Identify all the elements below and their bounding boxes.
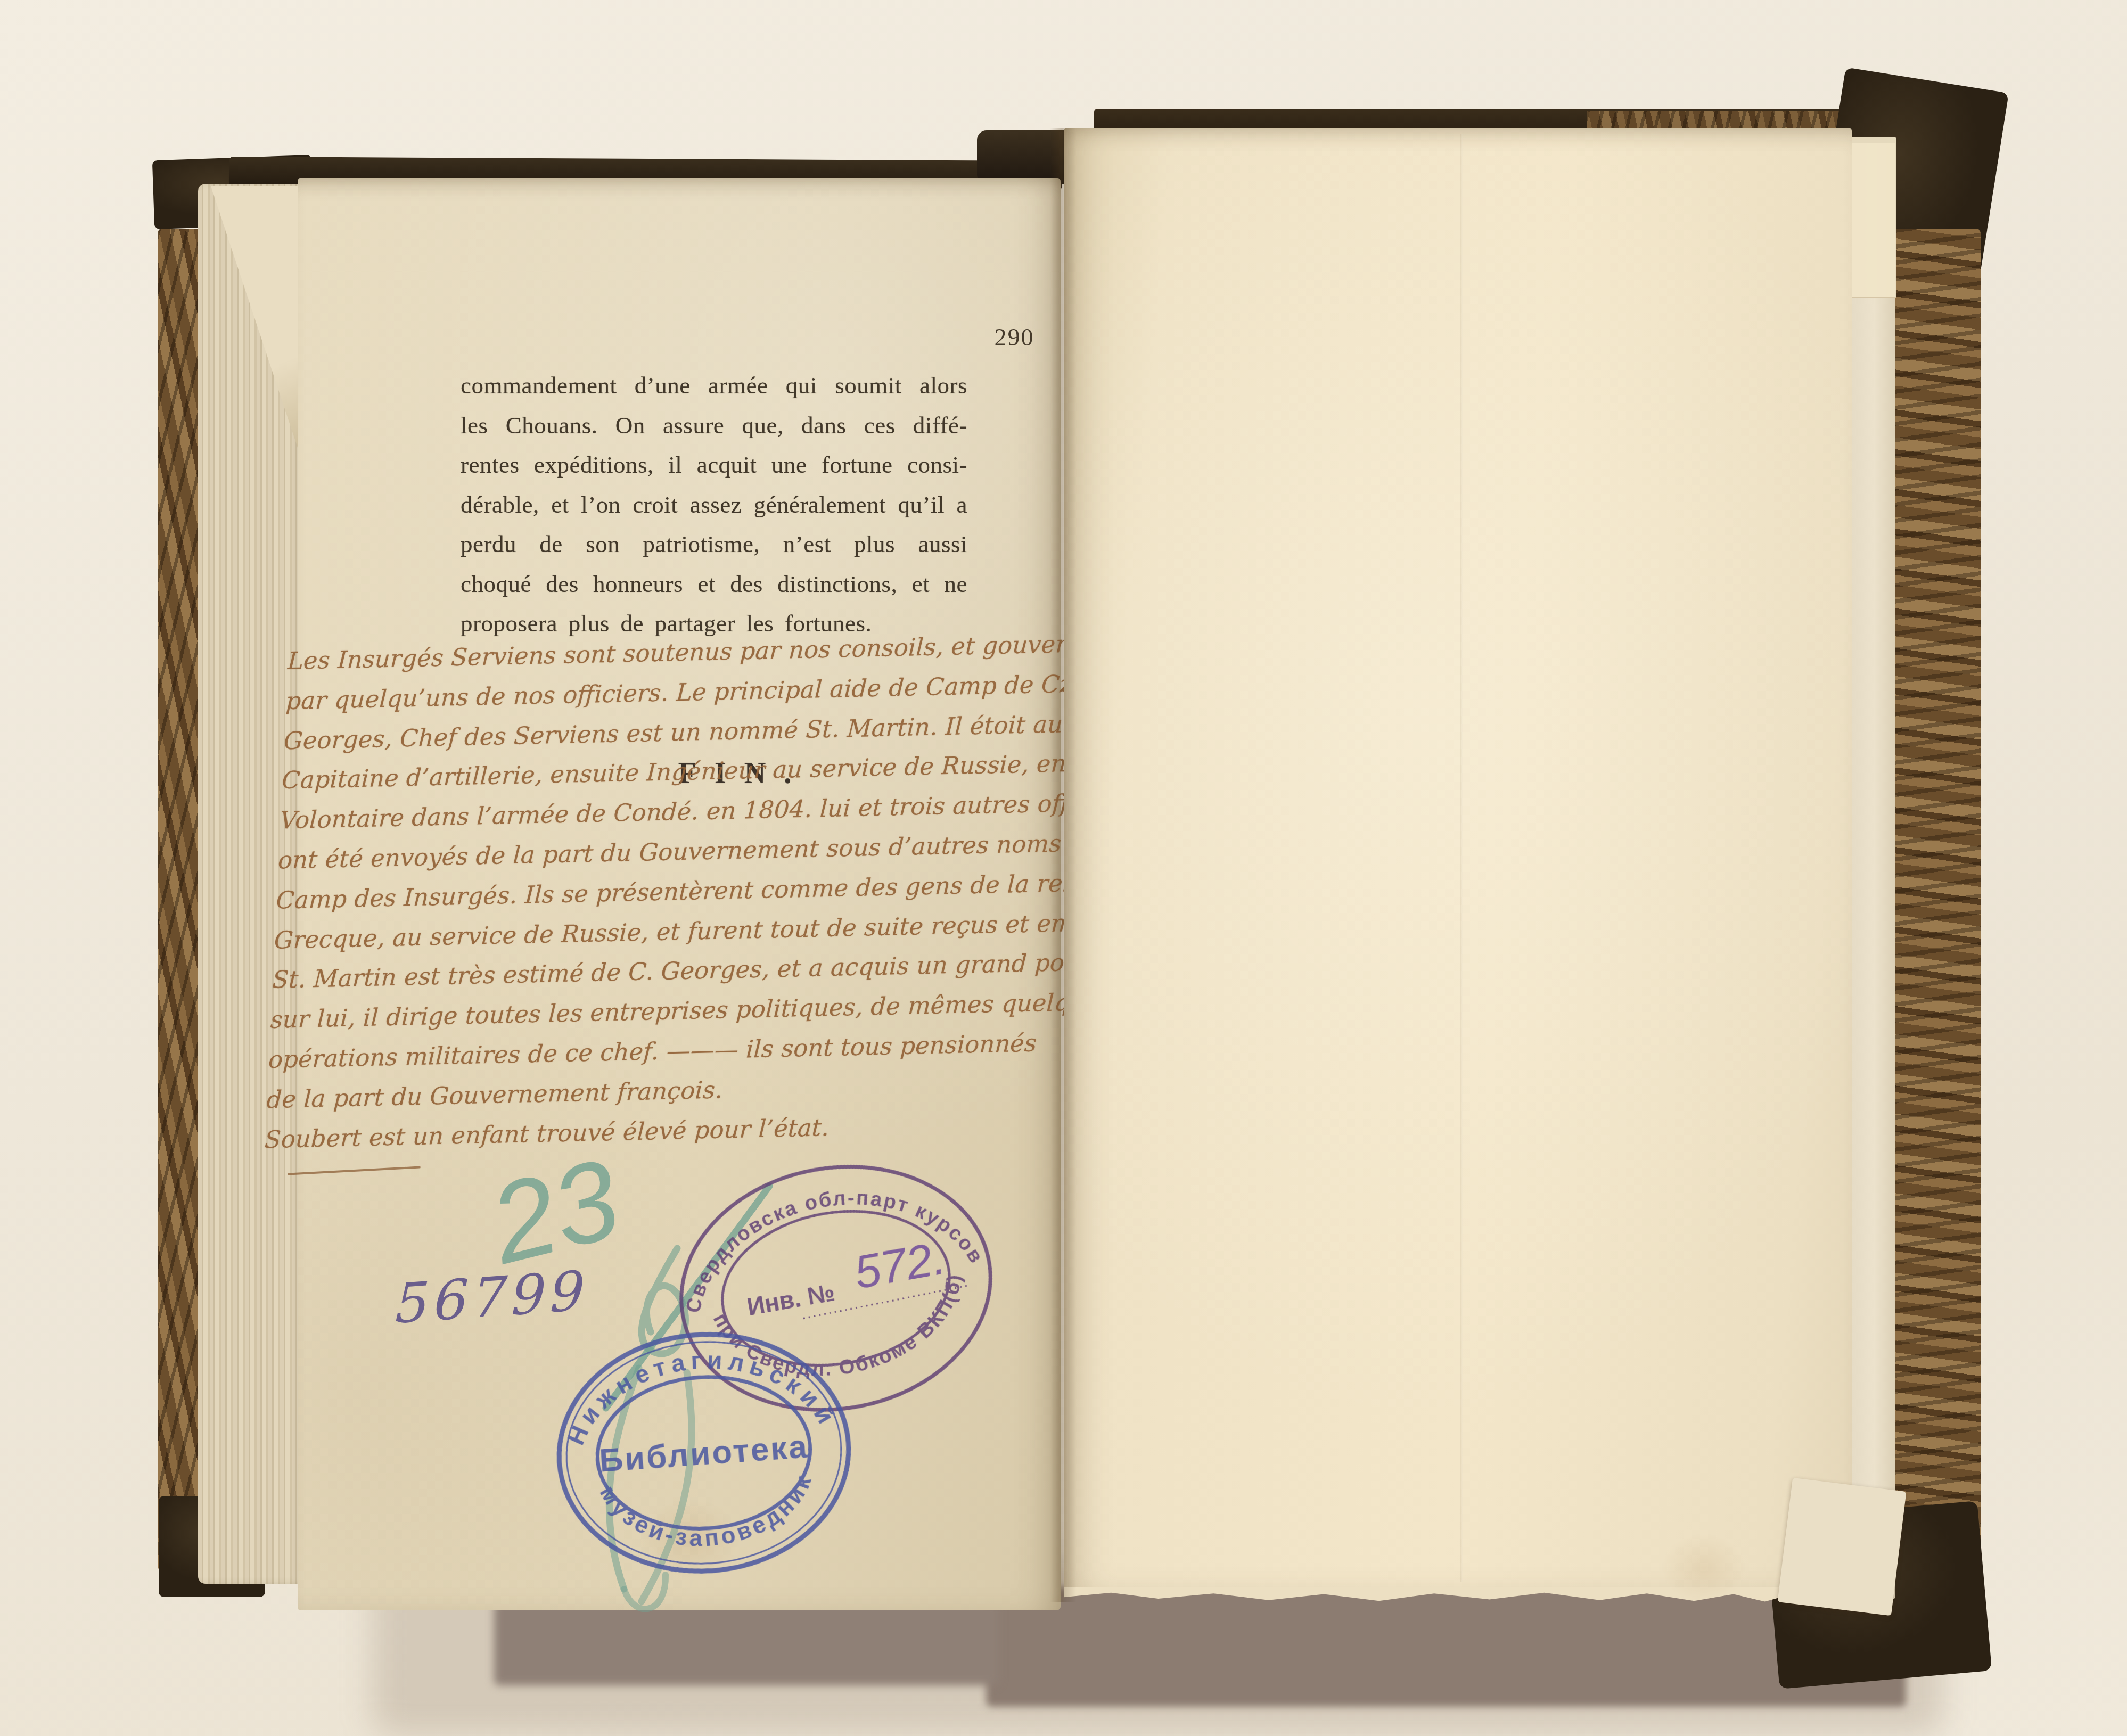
printed-line: les Chouans. On assure que, dans ces dif… — [461, 406, 967, 446]
underlying-page-edge — [1849, 143, 1895, 1599]
book-photograph: { "left_page": { "page_number": "290", "… — [0, 0, 2127, 1736]
round-library-stamp: Нижнетагильский музей-заповедник Библиот… — [541, 1314, 867, 1591]
printed-line: perdu de son patriotisme, n’est plus aus… — [461, 524, 967, 564]
oval-stamp-inventory-label: Инв. № — [745, 1278, 836, 1321]
right-page-corner-flap — [1777, 1478, 1906, 1616]
right-page-crease — [1460, 134, 1463, 1582]
right-page — [1064, 128, 1852, 1591]
round-stamp-center: Библиотека — [598, 1428, 809, 1479]
printed-line: choqué des honneurs et des distinctions,… — [461, 564, 967, 604]
printed-line: dérable, et l’on croit assez généralemen… — [461, 485, 967, 525]
foxing-stain — [1661, 1533, 1746, 1602]
underline-stroke — [288, 1166, 421, 1175]
printed-line: rentes expéditions, il acquit une fortun… — [461, 445, 967, 485]
printed-paragraph: commandement d’une armée qui soumit alor… — [461, 366, 967, 644]
book-shadow-right — [986, 1587, 1906, 1707]
right-cover-marbled-board — [1891, 229, 1981, 1570]
teal-shelfmark-number: 23 — [479, 1139, 631, 1288]
handwritten-annotation: Les Insurgés Serviens sont soutenus par … — [264, 624, 1075, 1160]
gutter-shadow — [1050, 128, 1077, 1602]
printed-line: commandement d’une armée qui soumit alor… — [461, 366, 967, 406]
oval-stamp-inventory-number: 572. — [850, 1231, 949, 1298]
